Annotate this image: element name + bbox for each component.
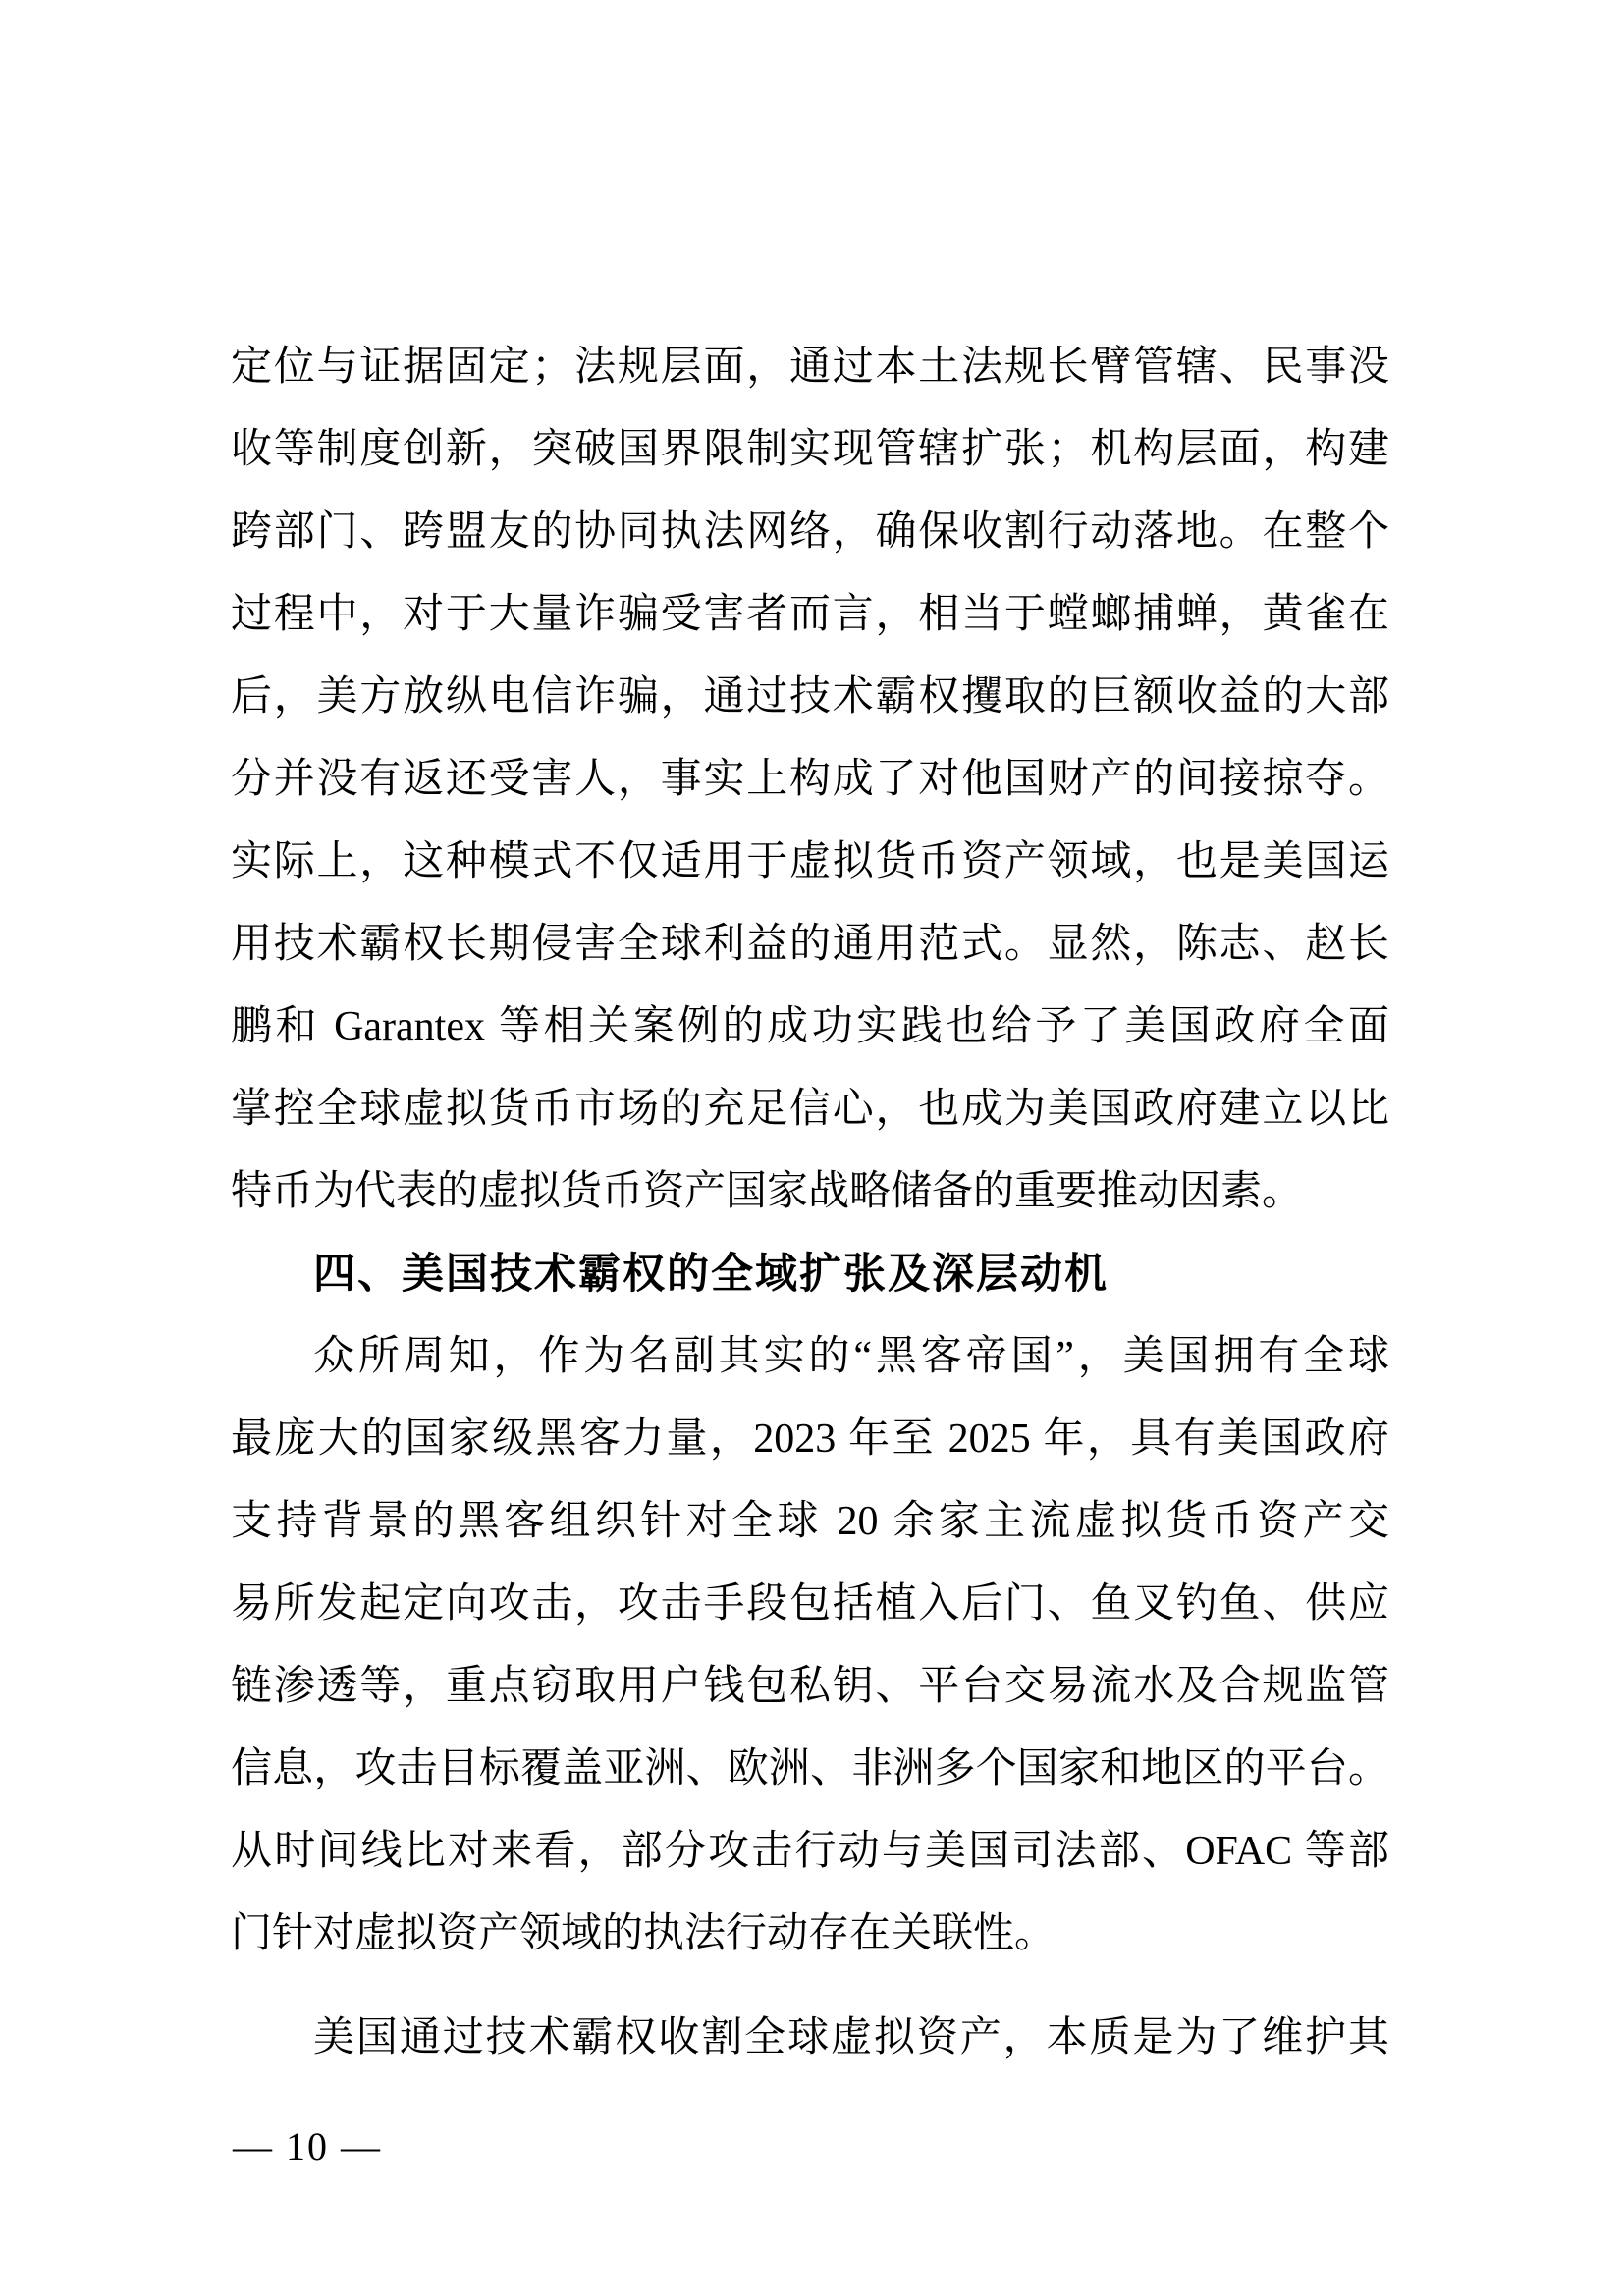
text-line: 最庞大的国家级黑客力量，2023 年至 2025 年，具有美国政府 [231, 1398, 1389, 1480]
text-line: 易所发起定向攻击，攻击手段包括植入后门、鱼叉钓鱼、供应 [231, 1563, 1389, 1645]
text-line: 跨部门、跨盟友的协同执法网络，确保收割行动落地。在整个 [231, 491, 1389, 573]
text-line: 用技术霸权长期侵害全球利益的通用范式。显然，陈志、赵长 [231, 903, 1389, 986]
text-line: 美国通过技术霸权收割全球虚拟资产，本质是为了维护其 [231, 1997, 1389, 2079]
document-page: 定位与证据固定；法规层面，通过本土法规长臂管辖、民事没 收等制度创新，突破国界限… [0, 0, 1624, 2296]
text-line: 实际上，这种模式不仅适用于虚拟货币资产领域，也是美国运 [231, 821, 1389, 903]
document-body: 定位与证据固定；法规层面，通过本土法规长臂管辖、民事没 收等制度创新，突破国界限… [231, 326, 1389, 2079]
text-line: 定位与证据固定；法规层面，通过本土法规长臂管辖、民事没 [231, 326, 1389, 408]
paragraph: 美国通过技术霸权收割全球虚拟资产，本质是为了维护其 [231, 1997, 1389, 2079]
paragraph-continuation: 定位与证据固定；法规层面，通过本土法规长臂管辖、民事没 收等制度创新，突破国界限… [231, 326, 1389, 1233]
text-line: 门针对虚拟资产领域的执法行动存在关联性。 [231, 1893, 1389, 1975]
text-line: 信息，攻击目标覆盖亚洲、欧洲、非洲多个国家和地区的平台。 [231, 1728, 1389, 1810]
text-line: 分并没有返还受害人，事实上构成了对他国财产的间接掠夺。 [231, 738, 1389, 821]
section-heading: 四、美国技术霸权的全域扩张及深层动机 [231, 1233, 1389, 1315]
text-line: 从时间线比对来看，部分攻击行动与美国司法部、OFAC 等部 [231, 1810, 1389, 1893]
text-line: 众所周知，作为名副其实的“黑客帝国”，美国拥有全球 [231, 1315, 1389, 1398]
text-line: 过程中，对于大量诈骗受害者而言，相当于螳螂捕蝉，黄雀在 [231, 573, 1389, 656]
text-line: 后，美方放纵电信诈骗，通过技术霸权攫取的巨额收益的大部 [231, 656, 1389, 738]
text-line: 掌控全球虚拟货币市场的充足信心，也成为美国政府建立以比 [231, 1068, 1389, 1150]
page-number: — 10 — [233, 2126, 382, 2167]
text-line: 鹏和 Garantex 等相关案例的成功实践也给予了美国政府全面 [231, 986, 1389, 1068]
text-line: 特币为代表的虚拟货币资产国家战略储备的重要推动因素。 [231, 1150, 1389, 1233]
text-line: 支持背景的黑客组织针对全球 20 余家主流虚拟货币资产交 [231, 1480, 1389, 1563]
text-line: 链渗透等，重点窃取用户钱包私钥、平台交易流水及合规监管 [231, 1645, 1389, 1728]
text-line: 收等制度创新，突破国界限制实现管辖扩张；机构层面，构建 [231, 408, 1389, 491]
paragraph: 众所周知，作为名副其实的“黑客帝国”，美国拥有全球 最庞大的国家级黑客力量，20… [231, 1315, 1389, 1975]
